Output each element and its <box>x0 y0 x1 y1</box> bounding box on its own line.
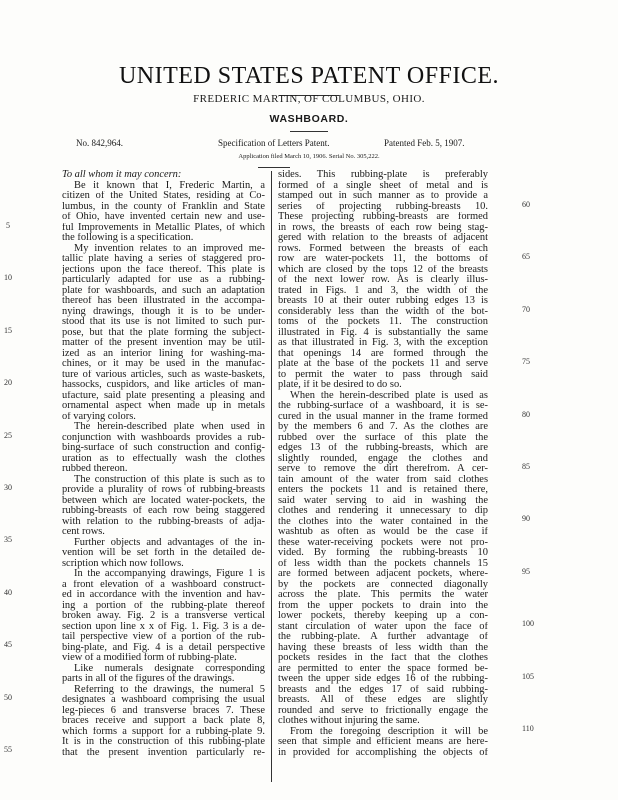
text-line: in provided for accomplishing the object… <box>278 748 488 759</box>
line-number: 55 <box>4 745 12 754</box>
text-line: rounded and serve to frictionally engage… <box>278 706 488 717</box>
text-line: trated in Figs. 1 and 3, the width of th… <box>278 286 488 297</box>
text-line: ful Improvements in Metallic Plates, of … <box>62 223 265 234</box>
text-line: breasts. All of these edges are slightly <box>278 695 488 706</box>
text-line: of the next lower row. As is clearly ill… <box>278 275 488 286</box>
text-line: plate for washboards, and such an adapta… <box>62 286 265 297</box>
spec-label: Specification of Letters Patent. <box>218 138 329 148</box>
text-line: gered with relation to the breasts of ad… <box>278 233 488 244</box>
text-line: breasts 10 at their outer rubbing edges … <box>278 296 488 307</box>
text-line: between which are located water-pockets,… <box>62 496 265 507</box>
text-line: edges 13 of the rubbing-breasts, which a… <box>278 443 488 454</box>
text-line: said water serving to aid in washing the <box>278 496 488 507</box>
text-line: by the members 6 and 7. As the clothes a… <box>278 422 488 433</box>
line-number: 80 <box>522 410 530 419</box>
text-line: sides. This rubbing-plate is preferably <box>278 170 488 181</box>
left-column: To all whom it may concern: Be it known … <box>62 170 265 758</box>
text-line: from the upper pockets to drain into the <box>278 601 488 612</box>
text-line: uration as to effectually wash the cloth… <box>62 454 265 465</box>
text-line: as that illustrated in Fig. 3, with the … <box>278 338 488 349</box>
line-number: 30 <box>4 483 12 492</box>
line-number: 45 <box>4 640 12 649</box>
text-line: citizen of the United States, residing a… <box>62 191 265 202</box>
text-line: of varying colors. <box>62 412 265 423</box>
text-line: Referring to the drawings, the numeral 5 <box>62 685 265 696</box>
text-line: scription which now follows. <box>62 559 265 570</box>
text-line: The herein-described plate when used in <box>62 422 265 433</box>
text-line: My invention relates to an improved me- <box>62 244 265 255</box>
text-line: toms of the pockets 11. The construction <box>278 317 488 328</box>
text-line: thereof has been illustrated in the acco… <box>62 296 265 307</box>
text-line: row are water-pockets 11, the bottoms of <box>278 254 488 265</box>
text-line: When the herein-described plate is used … <box>278 391 488 402</box>
text-line: serve to remove the dirt therefrom. A ce… <box>278 464 488 475</box>
line-number: 100 <box>522 619 534 628</box>
text-line: tain amount of the water from said cloth… <box>278 475 488 486</box>
text-line: are formed between adjacent pockets, whe… <box>278 569 488 580</box>
line-number: 65 <box>522 252 530 261</box>
text-line: tallic plate having a series of staggere… <box>62 254 265 265</box>
text-line: rubbing-breasts of each row being stagge… <box>62 506 265 517</box>
patent-page: UNITED STATES PATENT OFFICE. FREDERIC MA… <box>0 0 618 800</box>
text-line: Be it known that I, Frederic Martin, a <box>62 181 265 192</box>
text-line: in rows, the breasts of each row being s… <box>278 223 488 234</box>
text-line: ufacture, said plate presenting a pleasi… <box>62 391 265 402</box>
text-line: ture of various articles, such as waste-… <box>62 370 265 381</box>
text-line: stamped out in such manner as to provide… <box>278 191 488 202</box>
text-line: conjunction with washboards provides a r… <box>62 433 265 444</box>
text-line: In the accompanying drawings, Figure 1 i… <box>62 569 265 580</box>
text-line: section upon line x x of Fig. 1. Fig. 3 … <box>62 622 265 633</box>
line-number: 35 <box>4 535 12 544</box>
text-line: the following is a specification. <box>62 233 265 244</box>
office-title: UNITED STATES PATENT OFFICE. <box>0 63 618 90</box>
text-line: rubbed over the surface of this plate th… <box>278 433 488 444</box>
column-divider <box>271 171 272 782</box>
text-line: ornamental aspect when made up in metals <box>62 401 265 412</box>
text-line: vided. By forming the rubbing-breasts 10 <box>278 548 488 559</box>
text-line: hassocks, cuspidors, and like articles o… <box>62 380 265 391</box>
text-line: ing a portion of the rubbing-plate there… <box>62 601 265 612</box>
text-line: It is in the construction of this rubbin… <box>62 737 265 748</box>
subject-rule <box>290 131 328 132</box>
text-line: enters the pockets 11 and is retained th… <box>278 485 488 496</box>
text-line: Further objects and advantages of the in… <box>62 538 265 549</box>
text-line: tween the upper side edges 16 of the rub… <box>278 674 488 685</box>
text-line: broken away. Fig. 2 is a transverse vert… <box>62 611 265 622</box>
text-line: These projecting rubbing-breasts are for… <box>278 212 488 223</box>
text-line: parts in all of the figures of the drawi… <box>62 674 265 685</box>
text-line: across the plate. This permits the water <box>278 590 488 601</box>
text-line: which are closed by the tops 12 of the b… <box>278 265 488 276</box>
text-line: washtub as often as would be the case if <box>278 527 488 538</box>
line-number: 85 <box>522 462 530 471</box>
patented-date: Patented Feb. 5, 1907. <box>384 138 465 148</box>
text-line: slightly rounded, engage the clothes and <box>278 454 488 465</box>
line-number: 10 <box>4 273 12 282</box>
text-line: having these breasts of less width than … <box>278 643 488 654</box>
text-line: that the present invention particularly … <box>62 748 265 759</box>
text-line: lumbus, in the county of Franklin and St… <box>62 202 265 213</box>
line-number: 110 <box>522 724 534 733</box>
text-line: pockets resides in the fact that the clo… <box>278 653 488 664</box>
text-line: formed of a single sheet of metal and is <box>278 181 488 192</box>
line-number: 25 <box>4 431 12 440</box>
text-line: the clothes into the water contained in … <box>278 517 488 528</box>
text-line: seen that simple and efficient means are… <box>278 737 488 748</box>
text-line: rubbed thereon. <box>62 464 265 475</box>
line-number: 95 <box>522 567 530 576</box>
text-line: lower pockets, thereby keeping up a con- <box>278 611 488 622</box>
salutation: To all whom it may concern: <box>62 170 265 181</box>
text-line: clothes without injuring the same. <box>278 716 488 727</box>
text-line: From the foregoing description it will b… <box>278 727 488 738</box>
text-line: nying drawings, though it is to be under… <box>62 307 265 318</box>
line-number: 40 <box>4 588 12 597</box>
text-line: ed in accordance with the invention and … <box>62 590 265 601</box>
text-line: designates a washboard comprising the us… <box>62 695 265 706</box>
line-number: 60 <box>522 200 530 209</box>
application-line: Application filed March 10, 1906. Serial… <box>0 153 618 160</box>
text-line: pose, but that the plate forming the sub… <box>62 328 265 339</box>
line-number: 75 <box>522 357 530 366</box>
text-line: considerably less than the width of the … <box>278 307 488 318</box>
text-line: clothes and rendering it unnecessary to … <box>278 506 488 517</box>
text-line: illustrated in Fig. 4 is substantially t… <box>278 328 488 339</box>
text-line: the rubbing-plate. A further advantage o… <box>278 632 488 643</box>
application-rule <box>258 167 290 168</box>
text-line: particularly adapted for use as a rubbin… <box>62 275 265 286</box>
text-line: to permit the water to pass through said <box>278 370 488 381</box>
text-line: leg-pieces 6 and transverse braces 7. Th… <box>62 706 265 717</box>
text-line: matter of the present invention may be u… <box>62 338 265 349</box>
text-line: rows. Formed between the breasts of each <box>278 244 488 255</box>
text-line: tail perspective view of a portion of th… <box>62 632 265 643</box>
line-number: 105 <box>522 672 534 681</box>
line-number: 70 <box>522 305 530 314</box>
text-line: cent rows. <box>62 527 265 538</box>
inventor-line: FREDERIC MARTIN, OF COLUMBUS, OHIO. <box>0 93 618 105</box>
text-line: stood that its use is not limited to suc… <box>62 317 265 328</box>
text-line: ized as an interior lining for washing-m… <box>62 349 265 360</box>
text-line: by the pockets are connected diagonally <box>278 580 488 591</box>
text-line: the rubbing-surface of a washboard, it i… <box>278 401 488 412</box>
subject-title: WASHBOARD. <box>0 113 618 125</box>
right-column: sides. This rubbing-plate is preferably … <box>278 170 488 758</box>
text-line: series of projecting rubbing-breasts 10. <box>278 202 488 213</box>
text-line: bing-surface of such construction and co… <box>62 443 265 454</box>
patent-number: No. 842,964. <box>76 138 123 148</box>
text-line: that openings 14 are formed through the <box>278 349 488 360</box>
text-line: braces receive and support a back plate … <box>62 716 265 727</box>
text-line: provide a plurality of rows of rubbing-b… <box>62 485 265 496</box>
text-line: cured in the usual manner in the frame f… <box>278 412 488 423</box>
line-number: 15 <box>4 326 12 335</box>
line-number: 90 <box>522 514 530 523</box>
line-number: 20 <box>4 378 12 387</box>
line-number: 5 <box>6 221 10 230</box>
text-line: of less width than the pockets channels … <box>278 559 488 570</box>
text-line: chines, or it may be used in the manufac… <box>62 359 265 370</box>
text-line: of Ohio, have invented certain new and u… <box>62 212 265 223</box>
text-line: breasts and the edges 17 of said rubbing… <box>278 685 488 696</box>
text-line: which forms a support for a rubbing-plat… <box>62 727 265 738</box>
text-line: The construction of this plate is such a… <box>62 475 265 486</box>
text-line: bing-plate, and Fig. 4 is a detail persp… <box>62 643 265 654</box>
text-line: plate at the base of the pockets 11 and … <box>278 359 488 370</box>
text-line: are permitted to enter the space formed … <box>278 664 488 675</box>
text-line: view of a modified form of rubbing-plate… <box>62 653 265 664</box>
line-number: 50 <box>4 693 12 702</box>
text-line: these water-receiving pockets were not p… <box>278 538 488 549</box>
text-line: plate, if it be desired to do so. <box>278 380 488 391</box>
text-line: stant circulation of water upon the face… <box>278 622 488 633</box>
text-line: a front elevation of a washboard constru… <box>62 580 265 591</box>
text-line: vention will be set forth in the detaile… <box>62 548 265 559</box>
text-line: jections upon the face thereof. This pla… <box>62 265 265 276</box>
text-line: with relation to the rubbing-breasts of … <box>62 517 265 528</box>
text-line: Like numerals designate corresponding <box>62 664 265 675</box>
